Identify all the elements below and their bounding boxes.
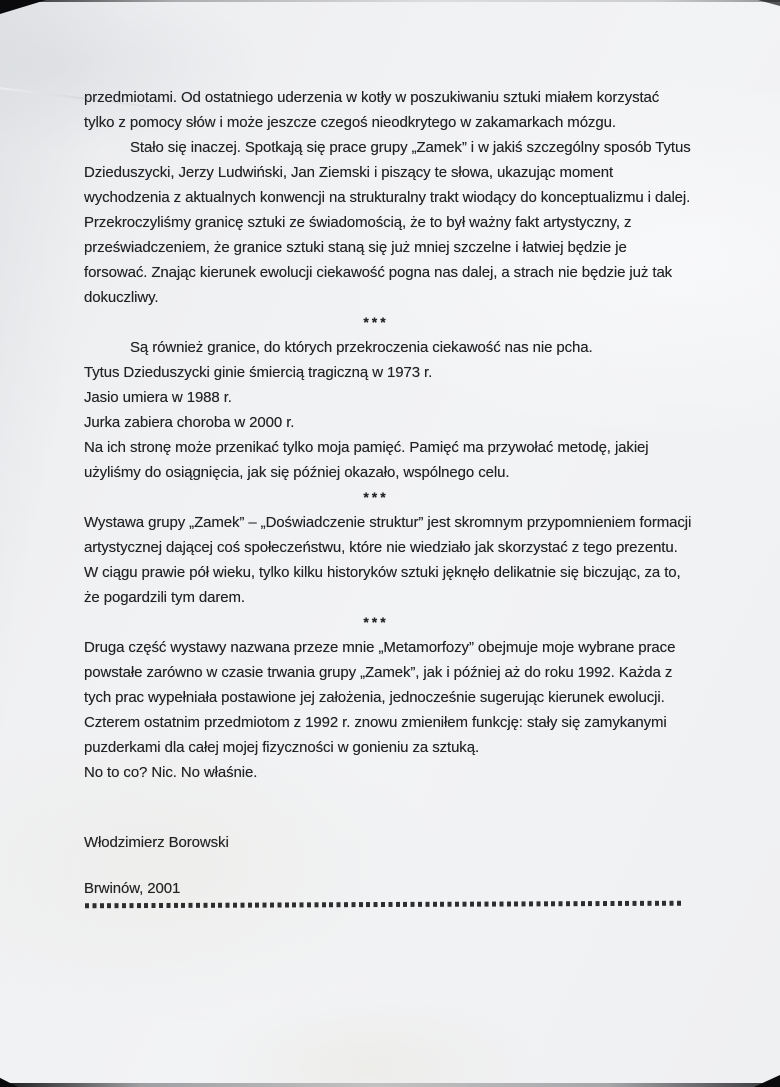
scan-artifact-top-edge [0, 0, 780, 2]
scan-artifact-corner-top-left [0, 0, 46, 14]
spacer [84, 785, 698, 830]
text-line: użyliśmy do osiągnięcia, jak się później… [84, 460, 698, 485]
document-text: przedmiotami. Od ostatniego uderzenia w … [84, 85, 698, 901]
text-line: Dzieduszycki, Jerzy Ludwiński, Jan Ziems… [84, 160, 698, 185]
section-separator: *** [84, 310, 698, 335]
section-separator: *** [84, 485, 698, 510]
text-line: tylko z pomocy słów i może jeszcze czego… [84, 110, 698, 135]
text-line: Wystawa grupy „Zamek” – „Doświadczenie s… [84, 510, 698, 535]
text-line: tych prac wypełniała postawione jej zało… [84, 685, 698, 710]
text-line: forsować. Znając kierunek ewolucji cieka… [84, 260, 698, 285]
text-line: Jasio umiera w 1988 r. [84, 385, 698, 410]
section-separator: *** [84, 610, 698, 635]
text-line: dokuczliwy. [84, 285, 698, 310]
text-line: Są również granice, do których przekrocz… [84, 335, 698, 360]
text-line: przedmiotami. Od ostatniego uderzenia w … [84, 85, 698, 110]
text-line: powstałe zarówno w czasie trwania grupy … [84, 660, 698, 685]
text-line: puzderkami dla całej mojej fizyczności w… [84, 735, 698, 760]
text-line: Jurka zabiera choroba w 2000 r. [84, 410, 698, 435]
text-line: przeświadczeniem, że granice sztuki stan… [84, 235, 698, 260]
text-line: Przekroczyliśmy granicę sztuki ze świado… [84, 210, 698, 235]
text-line: Czterem ostatnim przedmiotom z 1992 r. z… [84, 710, 698, 735]
text-line: że pogardzili tym darem. [84, 585, 698, 610]
text-line: Druga część wystawy nazwana przeze mnie … [84, 635, 698, 660]
text-line: Stało się inaczej. Spotkają się prace gr… [84, 135, 698, 160]
text-line: W ciągu prawie pół wieku, tylko kilku hi… [84, 560, 698, 585]
text-line: Na ich stronę może przenikać tylko moja … [84, 435, 698, 460]
text-line: Tytus Dzieduszycki ginie śmiercią tragic… [84, 360, 698, 385]
place-date: Brwinów, 2001 [84, 876, 698, 901]
paper-sheet: przedmiotami. Od ostatniego uderzenia w … [0, 0, 780, 1087]
scan-artifact-bottom-edge [0, 1083, 780, 1087]
signature-author: Włodzimierz Borowski [84, 830, 698, 855]
scanned-page: przedmiotami. Od ostatniego uderzenia w … [0, 0, 780, 1087]
text-line: wychodzenia z aktualnych konwencji na st… [84, 185, 698, 210]
spacer [84, 855, 698, 876]
text-line: No to co? Nic. No właśnie. [84, 760, 698, 785]
text-line: artystycznej dającej coś społeczeństwu, … [84, 535, 698, 560]
dotted-separator-line [85, 901, 684, 909]
